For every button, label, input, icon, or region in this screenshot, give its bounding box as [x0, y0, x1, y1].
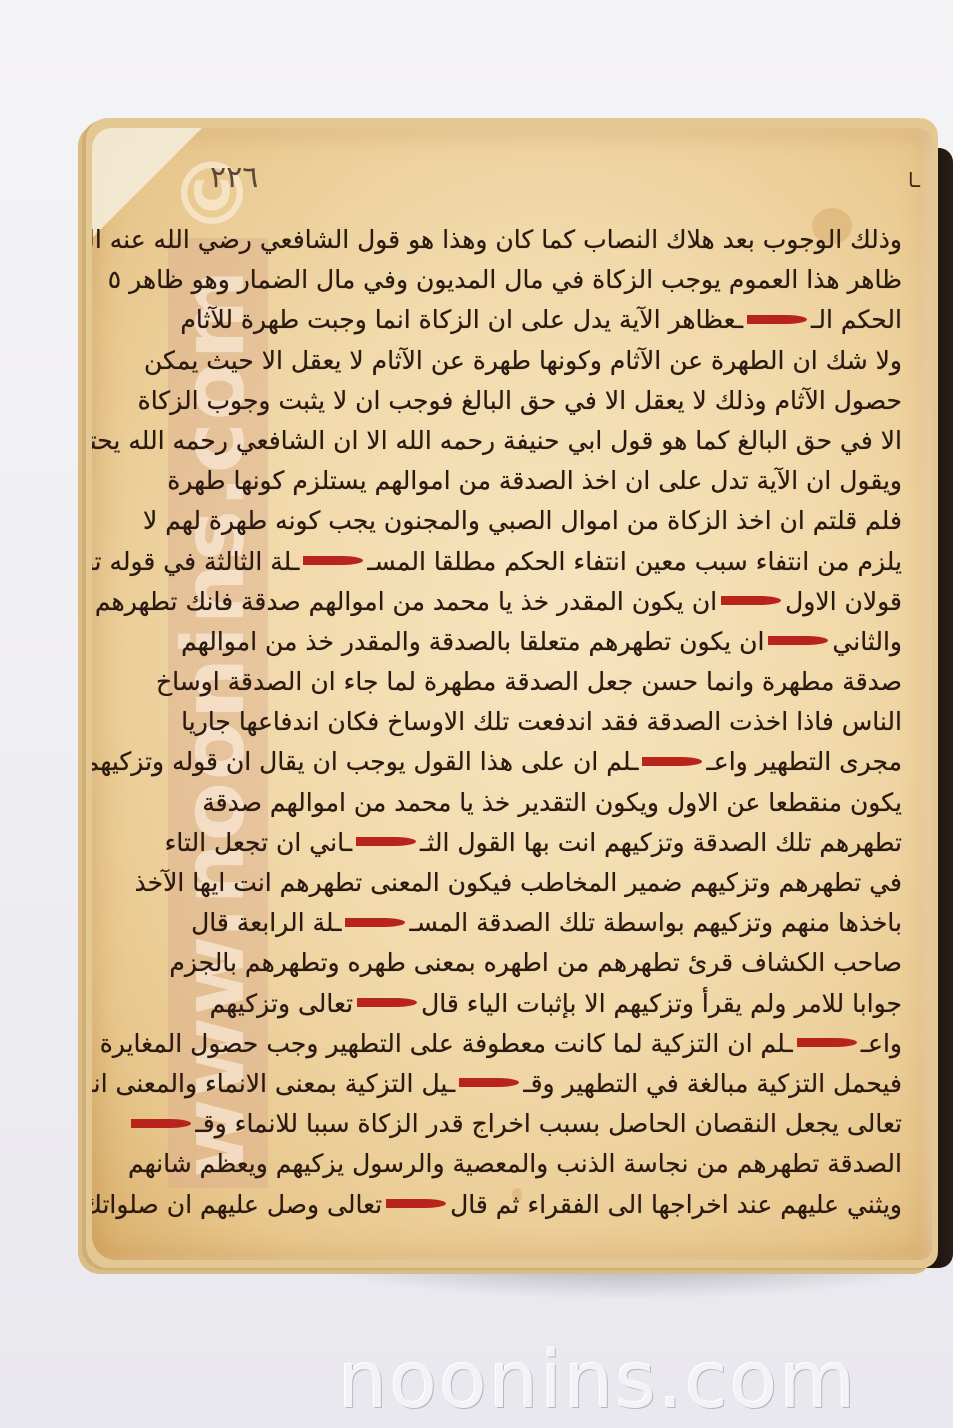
line-text: ـيل التزكية بمعنى الانماء والمعنى انه — [92, 1069, 455, 1098]
line-text: يكون منقطعا عن الاول ويكون التقدير خذ يا… — [202, 788, 902, 817]
line-text: ـلم ان على هذا القول يوجب ان يقال ان قول… — [92, 747, 638, 776]
rubric-overline — [768, 636, 828, 645]
rubric-overline — [642, 757, 702, 766]
text-line: الحكم الــعظاهر الآية يدل على ان الزكاة … — [202, 300, 902, 340]
text-line: واعــلم ان التزكية لما كانت معطوفة على ا… — [202, 1024, 902, 1064]
rubric-overline — [131, 1119, 191, 1128]
line-text: تطهرهم تلك الصدقة وتزكيهم انت بها القول … — [420, 828, 902, 857]
rubric-overline — [345, 918, 405, 927]
rubric-overline — [747, 315, 807, 324]
text-line: يكون منقطعا عن الاول ويكون التقدير خذ يا… — [202, 783, 902, 823]
line-text: فلم قلتم ان اخذ الزكاة من اموال الصبي وا… — [143, 506, 902, 535]
text-line: مجرى التطهير واعــلم ان على هذا القول يو… — [202, 742, 902, 782]
text-line: فلم قلتم ان اخذ الزكاة من اموال الصبي وا… — [202, 501, 902, 541]
text-line: الناس فاذا اخذت الصدقة فقد اندفعت تلك ال… — [202, 702, 902, 742]
line-text: ويقول ان الآية تدل على ان اخذ الصدقة من … — [167, 466, 902, 495]
line-text: الحكم الـ — [811, 305, 902, 334]
rubric-overline — [721, 596, 781, 605]
rubric-overline — [357, 998, 417, 1007]
line-text: ان يكون تطهرهم متعلقا بالصدقة والمقدر خذ… — [181, 627, 764, 656]
line-text: تعالى يجعل النقصان الحاصل بسبب اخراج قدر… — [195, 1109, 902, 1138]
line-text: صدقة مطهرة وانما حسن جعل الصدقة مطهرة لم… — [156, 667, 902, 696]
line-text: ان يكون المقدر خذ يا محمد من اموالهم صدق… — [95, 587, 717, 616]
text-line: ويثني عليهم عند اخراجها الى الفقراء ثم ق… — [202, 1185, 902, 1225]
line-text: تعالى وتزكيهم — [210, 989, 353, 1018]
line-text: ـلة الثالثة في قوله تطهرهم — [92, 547, 299, 576]
text-line: ولا شك ان الطهرة عن الآثام وكونها طهرة ع… — [202, 341, 902, 381]
rubric-overline — [303, 556, 363, 565]
manuscript-page: www.noonins.com © ٢٢٦ وذلك الوجوب بعد هل… — [92, 128, 932, 1260]
text-line: تعالى يجعل النقصان الحاصل بسبب اخراج قدر… — [202, 1104, 902, 1144]
text-line: حصول الآثام وذلك لا يعقل الا في حق البال… — [202, 381, 902, 421]
text-line: باخذها منهم وتزكيهم بواسطة تلك الصدقة ال… — [202, 903, 902, 943]
line-text: قولان الاول — [785, 587, 902, 616]
line-text: حصول الآثام وذلك لا يعقل الا في حق البال… — [138, 386, 902, 415]
text-line: قولان الاولان يكون المقدر خذ يا محمد من … — [202, 582, 902, 622]
line-text: مجرى التطهير واعـ — [706, 747, 902, 776]
text-line: فيحمل التزكية مبالغة في التطهير وقــيل ا… — [202, 1064, 902, 1104]
line-text: باخذها منهم وتزكيهم بواسطة تلك الصدقة ال… — [409, 908, 902, 937]
line-text: ـلة الرابعة قال — [191, 908, 341, 937]
text-line: ظاهر هذا العموم يوجب الزكاة في مال المدي… — [202, 260, 902, 300]
margin-mark: ـا — [908, 168, 920, 192]
text-line: يلزم من انتفاء سبب معين انتفاء الحكم مطل… — [202, 542, 902, 582]
line-text: يلزم من انتفاء سبب معين انتفاء الحكم مطل… — [367, 547, 902, 576]
line-text: صاحب الكشاف قرئ تطهرهم من اطهره بمعنى طه… — [169, 948, 902, 977]
text-line: في تطهرهم وتزكيهم ضمير المخاطب فيكون الم… — [202, 863, 902, 903]
text-line: الا في حق البالغ كما هو قول ابي حنيفة رح… — [202, 421, 902, 461]
rubric-overline — [797, 1038, 857, 1047]
line-text: ويثني عليهم عند اخراجها الى الفقراء ثم ق… — [450, 1190, 902, 1219]
line-text: ـاني ان تجعل التاء — [165, 828, 352, 857]
text-line: صاحب الكشاف قرئ تطهرهم من اطهره بمعنى طه… — [202, 943, 902, 983]
line-text: الصدقة تطهرهم من نجاسة الذنب والمعصية وا… — [128, 1149, 902, 1178]
folio-number: ٢٢٦ — [210, 160, 258, 195]
line-text: ـلم ان التزكية لما كانت معطوفة على التطه… — [100, 1029, 793, 1058]
line-text: جوابا للامر ولم يقرأ وتزكيهم الا بإثبات … — [421, 989, 902, 1018]
rubric-overline — [386, 1199, 446, 1208]
bottom-watermark: noonins.com — [338, 1336, 857, 1426]
rubric-overline — [356, 837, 416, 846]
line-text: ولا شك ان الطهرة عن الآثام وكونها طهرة ع… — [144, 346, 902, 375]
line-text: فيحمل التزكية مبالغة في التطهير وقـ — [523, 1069, 902, 1098]
text-line: تطهرهم تلك الصدقة وتزكيهم انت بها القول … — [202, 823, 902, 863]
text-line: الصدقة تطهرهم من نجاسة الذنب والمعصية وا… — [202, 1144, 902, 1184]
text-line: وذلك الوجوب بعد هلاك النصاب كما كان وهذا… — [202, 220, 902, 260]
text-line: ويقول ان الآية تدل على ان اخذ الصدقة من … — [202, 461, 902, 501]
line-text: وذلك الوجوب بعد هلاك النصاب كما كان وهذا… — [92, 225, 902, 254]
line-text: الا في حق البالغ كما هو قول ابي حنيفة رح… — [92, 426, 902, 455]
manuscript-text-block: وذلك الوجوب بعد هلاك النصاب كما كان وهذا… — [202, 220, 902, 1225]
line-text: ـعظاهر الآية يدل على ان الزكاة انما وجبت… — [180, 305, 743, 334]
text-line: جوابا للامر ولم يقرأ وتزكيهم الا بإثبات … — [202, 984, 902, 1024]
line-text: تعالى وصل عليهم ان صلواتك سكن لهم — [92, 1190, 382, 1219]
line-text: الناس فاذا اخذت الصدقة فقد اندفعت تلك ال… — [181, 707, 902, 736]
text-line: صدقة مطهرة وانما حسن جعل الصدقة مطهرة لم… — [202, 662, 902, 702]
text-line: والثانيان يكون تطهرهم متعلقا بالصدقة وال… — [202, 622, 902, 662]
line-text: في تطهرهم وتزكيهم ضمير المخاطب فيكون الم… — [135, 868, 902, 897]
line-text: واعـ — [861, 1029, 902, 1058]
line-text: ظاهر هذا العموم يوجب الزكاة في مال المدي… — [108, 265, 902, 294]
rubric-overline — [459, 1078, 519, 1087]
line-text: والثاني — [832, 627, 902, 656]
